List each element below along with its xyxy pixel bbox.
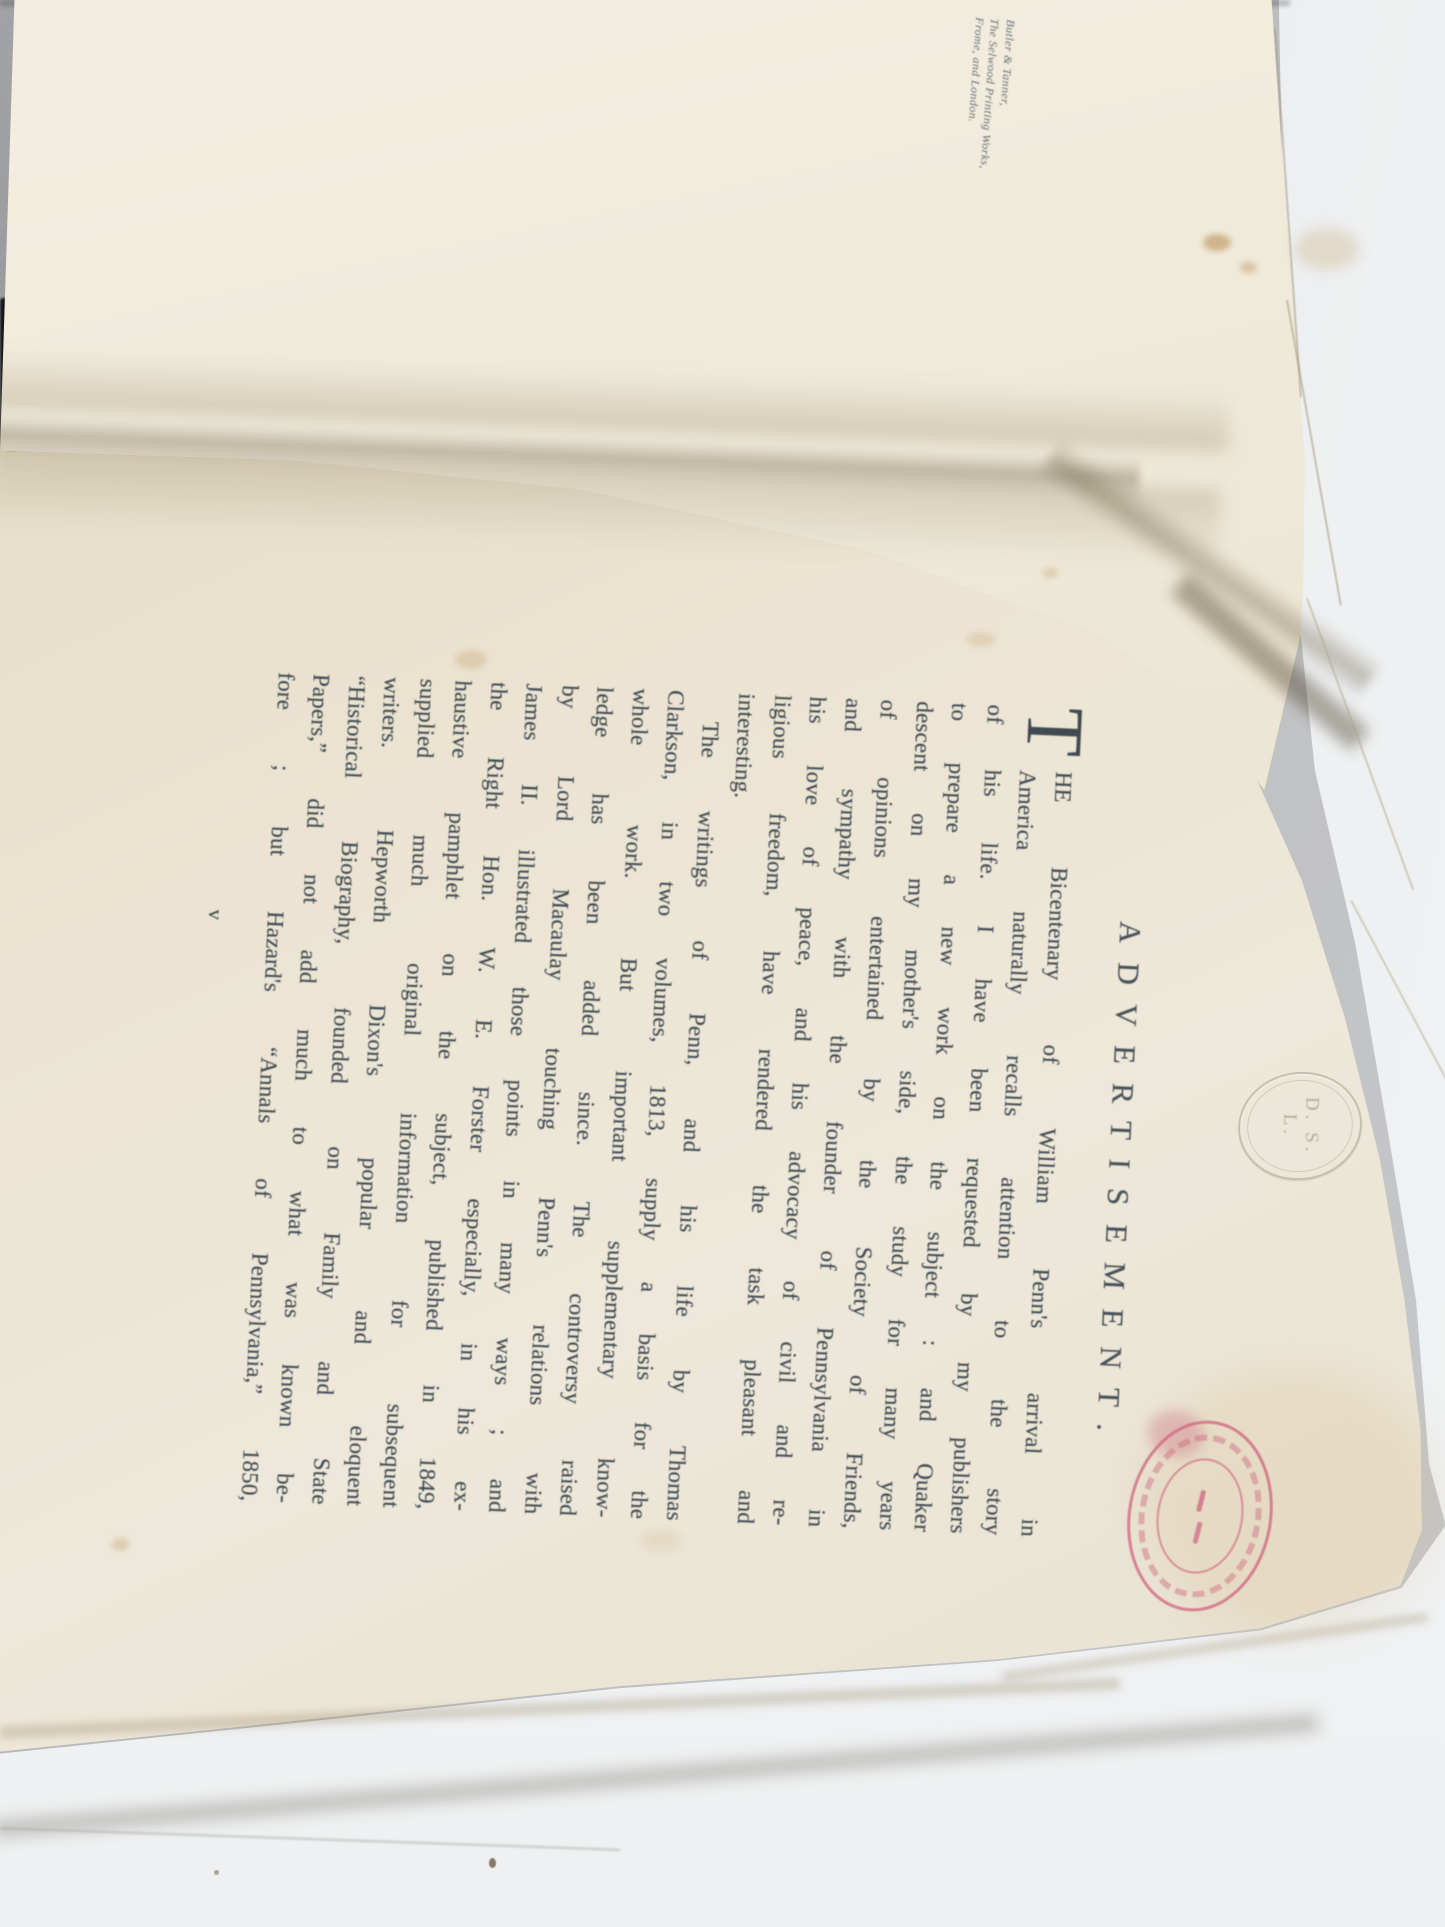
debris-speck — [489, 1858, 496, 1868]
book-photo: Butler & Tanner,The Selwood Printing Wor… — [0, 0, 1445, 1927]
foxing-stain — [1043, 568, 1058, 578]
foxing-stain — [112, 1538, 129, 1551]
embossed-seal-line2: L. — [1278, 1113, 1300, 1138]
debris-speck — [214, 1870, 219, 1875]
foxing-stain — [455, 650, 487, 669]
embossed-seal-line1: D. S. — [1299, 1097, 1322, 1156]
embossed-seal: D. S. L. — [1231, 1064, 1369, 1188]
foxing-stain — [1203, 234, 1231, 251]
body-lines: HE Bicentenary of William Penn's arrival… — [231, 672, 1084, 1538]
foxing-stain — [1240, 262, 1257, 273]
page-text-block: ADVERTISEMENT. T HE Bicentenary of Willi… — [171, 669, 1158, 1541]
embossed-seal-text: D. S. L. — [1245, 1063, 1355, 1189]
foxing-stain — [1295, 228, 1359, 270]
foxing-stain — [967, 632, 995, 647]
foxing-stain — [640, 1530, 682, 1551]
